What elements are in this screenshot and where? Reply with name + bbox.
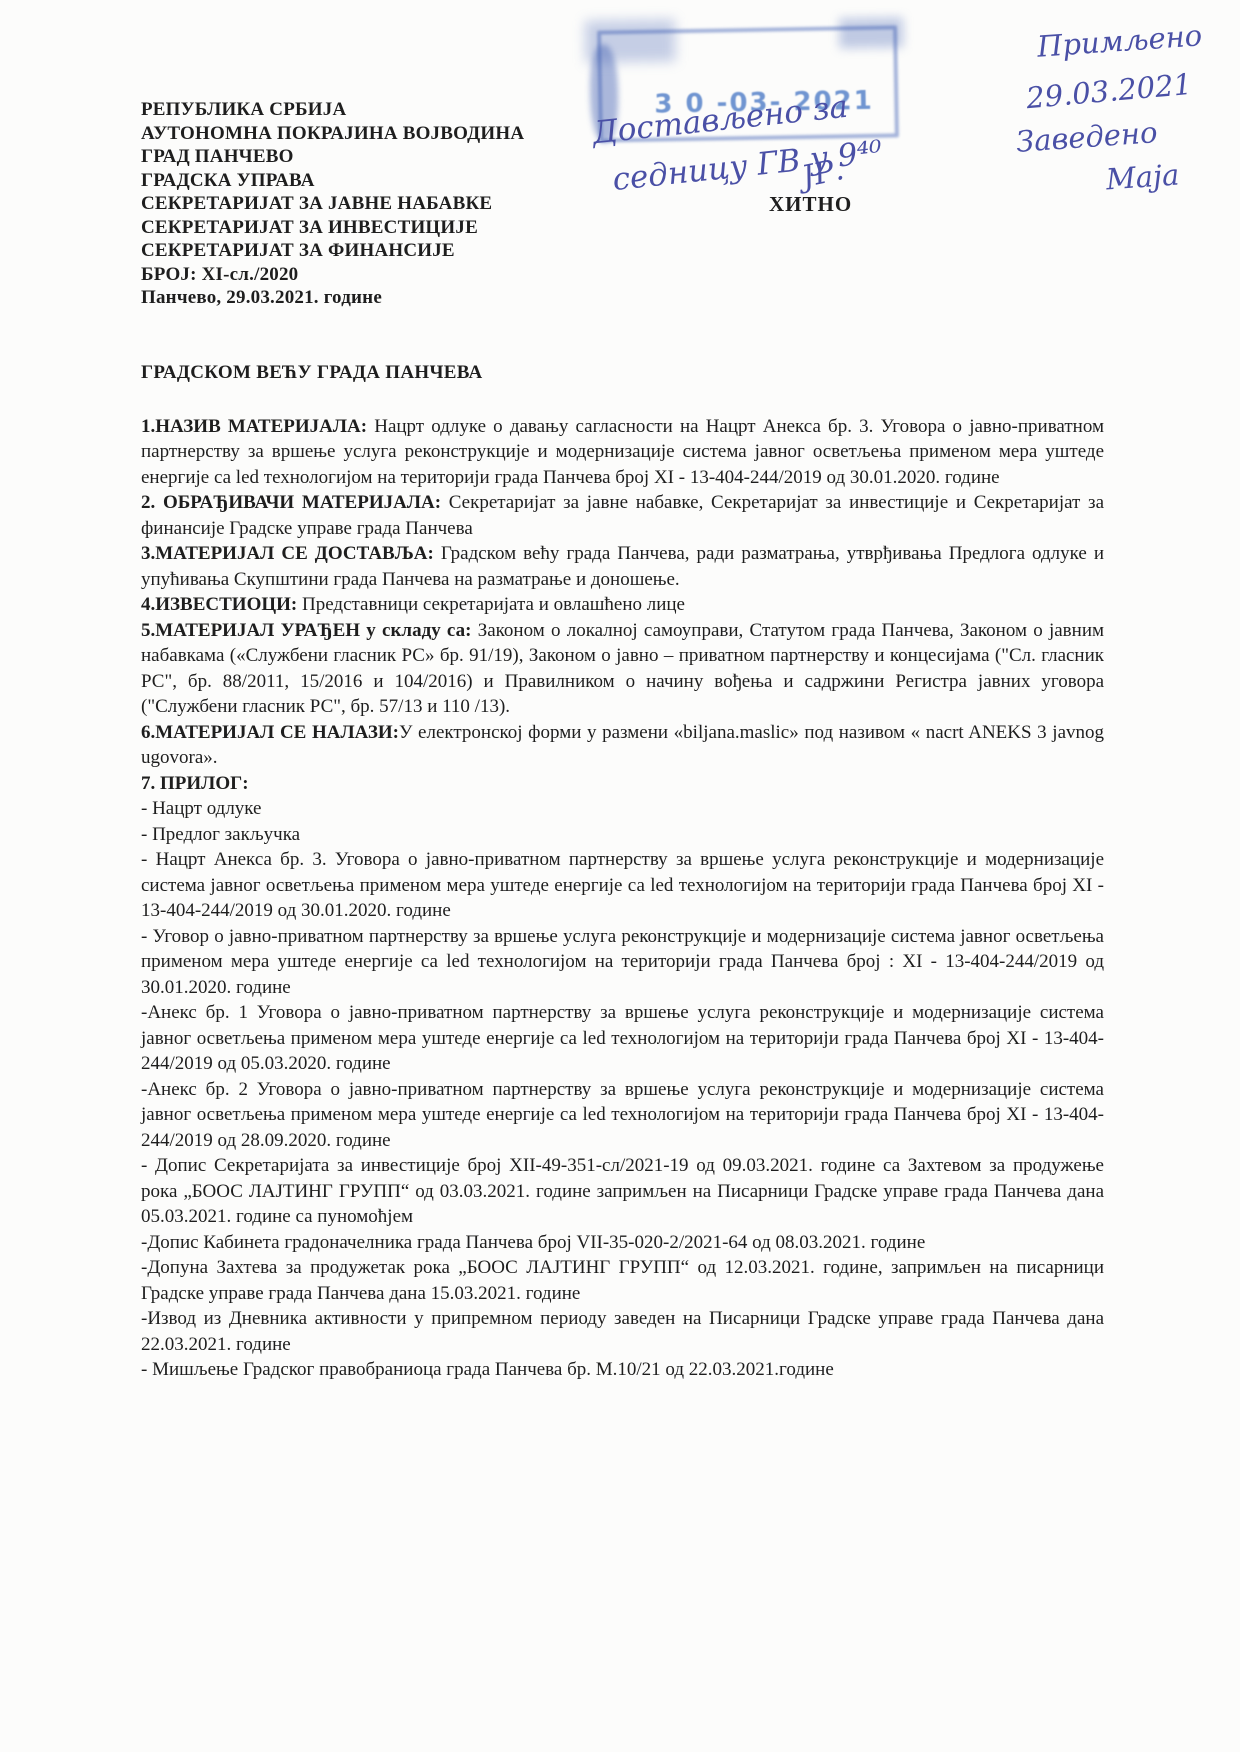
letterhead-line: СЕКРЕТАРИЈАТ ЗА ЈАВНЕ НАБАВКЕ xyxy=(141,192,524,216)
handwritten-initials: ЈР. xyxy=(799,152,847,195)
attachment-item: - Нацрт Анекса бр. 3. Уговора о јавно-пр… xyxy=(141,847,1104,924)
document-date-line: Панчево, 29.03.2021. године xyxy=(141,286,524,310)
attachment-item: -Извод из Дневника активности у припремн… xyxy=(141,1306,1104,1357)
section-label: 4.ИЗВЕСТИОЦИ: xyxy=(141,594,297,615)
letterhead: РЕПУБЛИКА СРБИЈА АУТОНОМНА ПОКРАЈИНА ВОЈ… xyxy=(141,98,524,310)
attachment-item: - Нацрт одлуке xyxy=(141,796,1104,822)
attachment-item: - Допис Секретаријата за инвестиције бро… xyxy=(141,1153,1104,1230)
letterhead-line: СЕКРЕТАРИЈАТ ЗА ФИНАНСИЈЕ xyxy=(141,239,524,263)
handwritten-received-line3: Заведено xyxy=(1015,115,1159,159)
section-label: 5.МАТЕРИЈАЛ УРАЂЕН у складу са: xyxy=(141,620,471,641)
attachment-list: - Нацрт одлуке - Предлог закључка - Нацр… xyxy=(141,796,1104,1383)
attachment-item: - Уговор о јавно-приватном партнерству з… xyxy=(141,924,1104,1001)
letterhead-line: РЕПУБЛИКА СРБИЈА xyxy=(141,98,524,122)
attachment-item: - Предлог закључка xyxy=(141,822,1104,848)
scanned-document-page: РЕПУБЛИКА СРБИЈА АУТОНОМНА ПОКРАЈИНА ВОЈ… xyxy=(0,0,1240,1752)
attachment-item: -Анекс бр. 1 Уговора о јавно-приватном п… xyxy=(141,1000,1104,1077)
section-label: 3.МАТЕРИЈАЛ СЕ ДОСТАВЉА: xyxy=(141,543,434,564)
section-obradjivaci: 2. ОБРАЂИВАЧИ МАТЕРИЈАЛА: Секретаријат з… xyxy=(141,490,1104,541)
document-body: ГРАДСКОМ ВЕЋУ ГРАДА ПАНЧЕВА 1.НАЗИВ МАТЕ… xyxy=(141,360,1104,1383)
section-izvestioci: 4.ИЗВЕСТИОЦИ: Представници секретаријата… xyxy=(141,592,1104,618)
section-label: 7. ПРИЛОГ: xyxy=(141,773,249,794)
attachment-item: -Допис Кабинета градоначелника града Пан… xyxy=(141,1230,1104,1256)
attachment-item: -Анекс бр. 2 Уговора о јавно-приватном п… xyxy=(141,1077,1104,1154)
section-prilog: 7. ПРИЛОГ: xyxy=(141,771,1104,797)
addressee: ГРАДСКОМ ВЕЋУ ГРАДА ПАНЧЕВА xyxy=(141,360,1104,386)
section-uradjen: 5.МАТЕРИЈАЛ УРАЂЕН у складу са: Законом … xyxy=(141,618,1104,720)
letterhead-line: АУТОНОМНА ПОКРАЈИНА ВОЈВОДИНА xyxy=(141,122,524,146)
attachment-item: - Мишљење Градског правобраниоца града П… xyxy=(141,1357,1104,1383)
stamp-smudge xyxy=(839,17,904,48)
urgent-label: ХИТНО xyxy=(769,192,852,217)
letterhead-line: СЕКРЕТАРИЈАТ ЗА ИНВЕСТИЦИЈЕ xyxy=(141,216,524,240)
section-dostavlja: 3.МАТЕРИЈАЛ СЕ ДОСТАВЉА: Градском већу г… xyxy=(141,541,1104,592)
handwritten-received-name: Маја xyxy=(1105,157,1180,196)
section-label: 6.МАТЕРИЈАЛ СЕ НАЛАЗИ: xyxy=(141,722,399,743)
document-number: БРОЈ: XI-сл./2020 xyxy=(141,263,524,287)
section-text: Представници секретаријата и овлашћено л… xyxy=(302,594,685,615)
section-naziv-materijala: 1.НАЗИВ МАТЕРИЈАЛА: Нацрт одлуке о давањ… xyxy=(141,414,1104,491)
letterhead-line: ГРАД ПАНЧЕВО xyxy=(141,145,524,169)
section-label: 1.НАЗИВ МАТЕРИЈАЛА: xyxy=(141,416,367,437)
section-label: 2. ОБРАЂИВАЧИ МАТЕРИЈАЛА: xyxy=(141,492,441,513)
letterhead-line: ГРАДСКА УПРАВА xyxy=(141,169,524,193)
attachment-item: -Допуна Захтева за продужетак рока „БООС… xyxy=(141,1255,1104,1306)
handwritten-received-date: 29.03.2021 xyxy=(1025,67,1193,115)
section-nalazi: 6.МАТЕРИЈАЛ СЕ НАЛАЗИ:У електронској фор… xyxy=(141,720,1104,771)
stamp-smudge xyxy=(585,19,676,63)
handwritten-received-line1: Примљено xyxy=(1036,18,1203,63)
